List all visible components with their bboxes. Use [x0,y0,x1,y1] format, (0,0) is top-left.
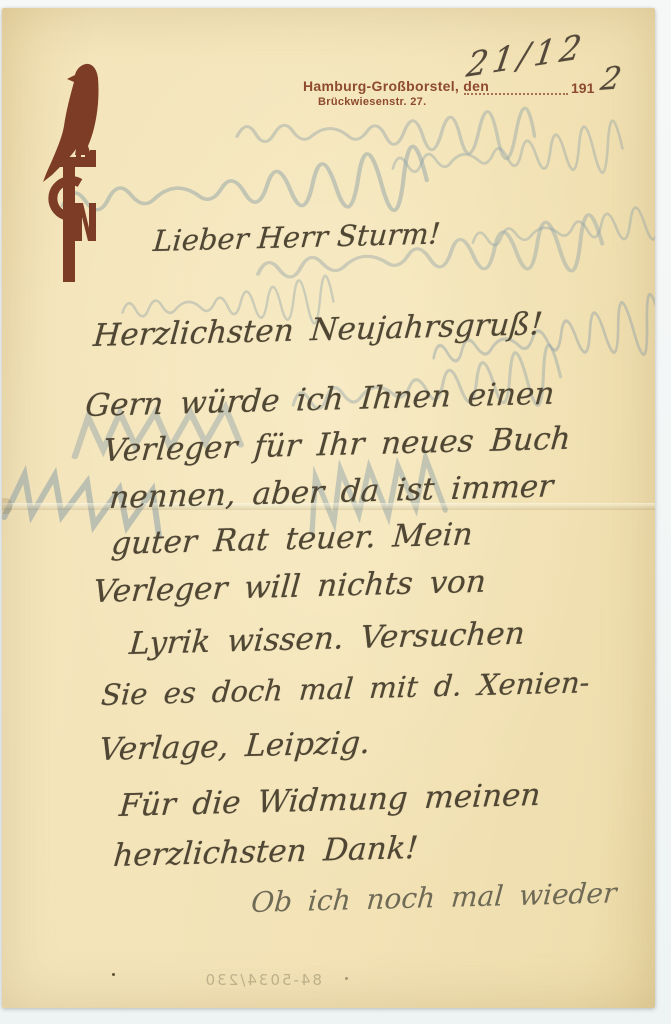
handwritten-year-digit: 2 [598,60,624,98]
fold-crease-shadow [2,498,12,514]
letter-line: Gern würde ich Ihnen einen [84,376,556,424]
letter-line: Verleger für Ihr neues Buch [102,421,572,469]
letter-line: Verlage, Leipzig. [98,725,371,768]
letterhead-year-prefix: 191 [571,80,594,96]
letterhead-street-line: Brückwiesenstr. 27. [318,96,426,108]
letterhead-city-line: Hamburg-Großborstel, den [303,78,489,94]
letter-line: herzlichsten Dank! [112,830,419,874]
letter-line: Lyrik wissen. Versuchen [128,616,526,662]
letter-line: Ob ich noch mal wieder [250,876,618,919]
falcon-monogram-icon [42,62,112,286]
bleedthrough-stamp: 84-5034/230 [182,971,322,989]
handwritten-date: 21/12 [464,26,589,85]
paper-speck [345,977,348,980]
scan-background: Hamburg-Großborstel, den 191 Brückwiesen… [0,0,671,1024]
salutation-line: Lieber Herr Sturm! [152,216,442,258]
letter-line: guter Rat teuer. Mein [110,516,474,562]
letter-line: Herzlichsten Neujahrsgruß! [92,306,544,354]
letter-page: Hamburg-Großborstel, den 191 Brückwiesen… [2,8,655,1008]
letter-line: Für die Widmung meinen [118,777,542,824]
paper-speck [112,973,115,976]
letter-line: Verleger will nichts von [92,564,487,610]
letter-line: nennen, aber da ist immer [108,468,554,516]
letter-line: Sie es doch mal mit d. Xenien- [100,665,591,712]
